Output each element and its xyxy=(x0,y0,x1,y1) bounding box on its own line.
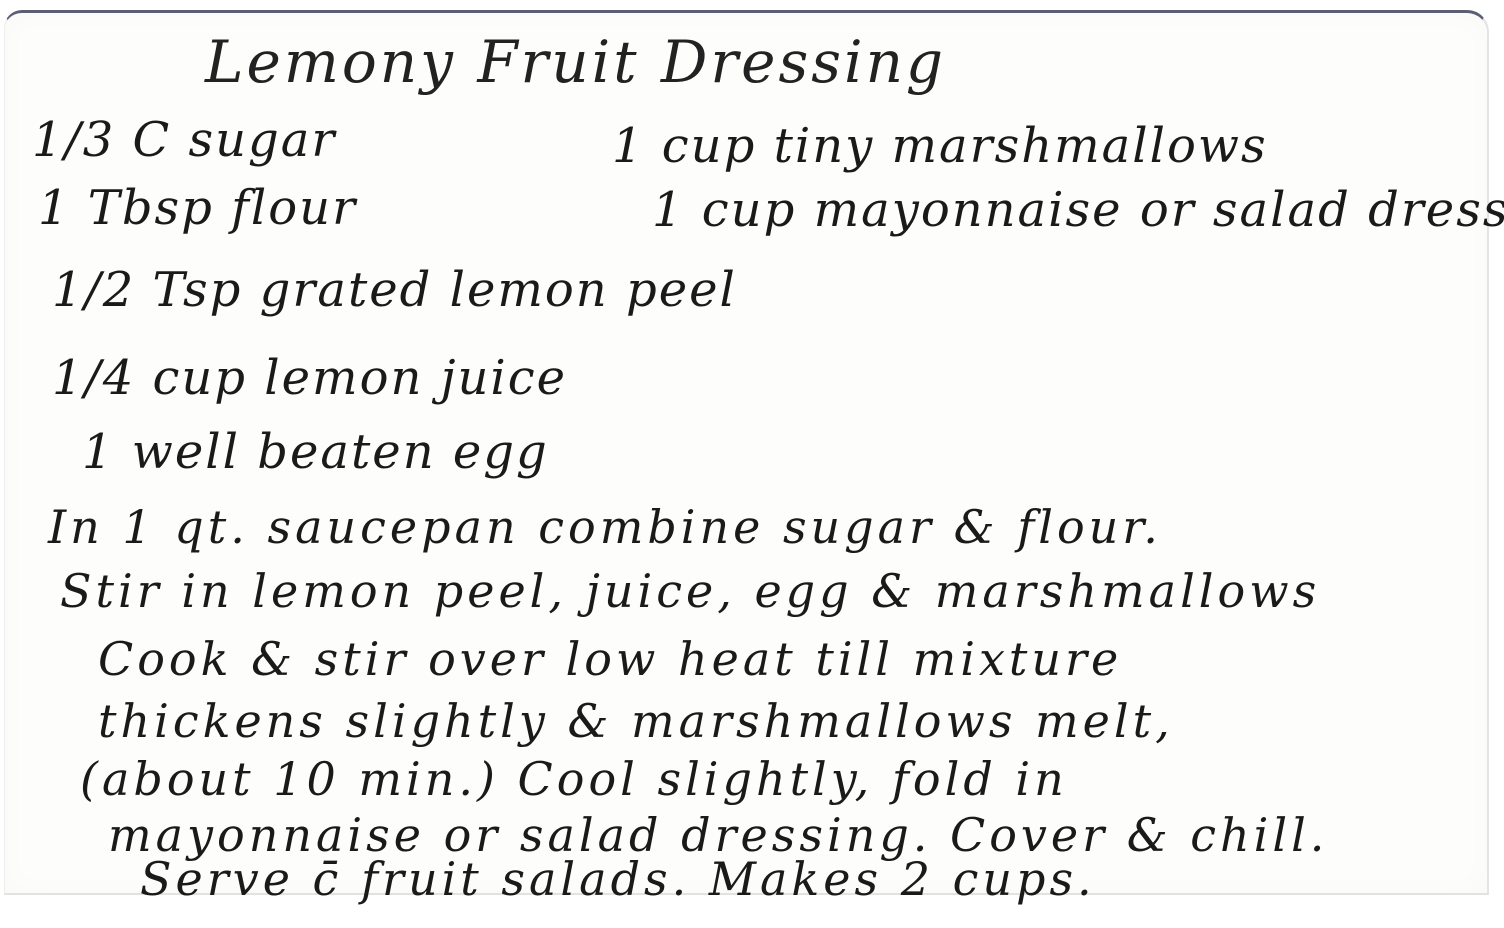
instruction-line-7: Serve c̄ fruit salads. Makes 2 cups. xyxy=(140,852,1096,906)
instruction-line-2: Stir in lemon peel, juice, egg & marshma… xyxy=(60,564,1320,618)
ingredient-egg: 1 well beaten egg xyxy=(82,424,549,480)
ingredient-mayonnaise: 1 cup mayonnaise or salad dressing xyxy=(652,182,1504,238)
ingredient-sugar: 1/3 C sugar xyxy=(32,112,336,168)
ingredient-lemon-juice: 1/4 cup lemon juice xyxy=(52,350,567,406)
ingredient-marshmallows: 1 cup tiny marshmallows xyxy=(612,118,1268,174)
instruction-line-1: In 1 qt. saucepan combine sugar & flour. xyxy=(48,500,1162,554)
instruction-line-4: thickens slightly & marshmallows melt, xyxy=(98,694,1174,748)
instruction-line-5: (about 10 min.) Cool slightly, fold in xyxy=(80,752,1068,806)
instruction-line-3: Cook & stir over low heat till mixture xyxy=(98,632,1122,686)
ingredient-lemon-peel: 1/2 Tsp grated lemon peel xyxy=(52,262,737,318)
recipe-title: Lemony Fruit Dressing xyxy=(205,28,946,96)
ingredient-flour: 1 Tbsp flour xyxy=(38,180,357,236)
